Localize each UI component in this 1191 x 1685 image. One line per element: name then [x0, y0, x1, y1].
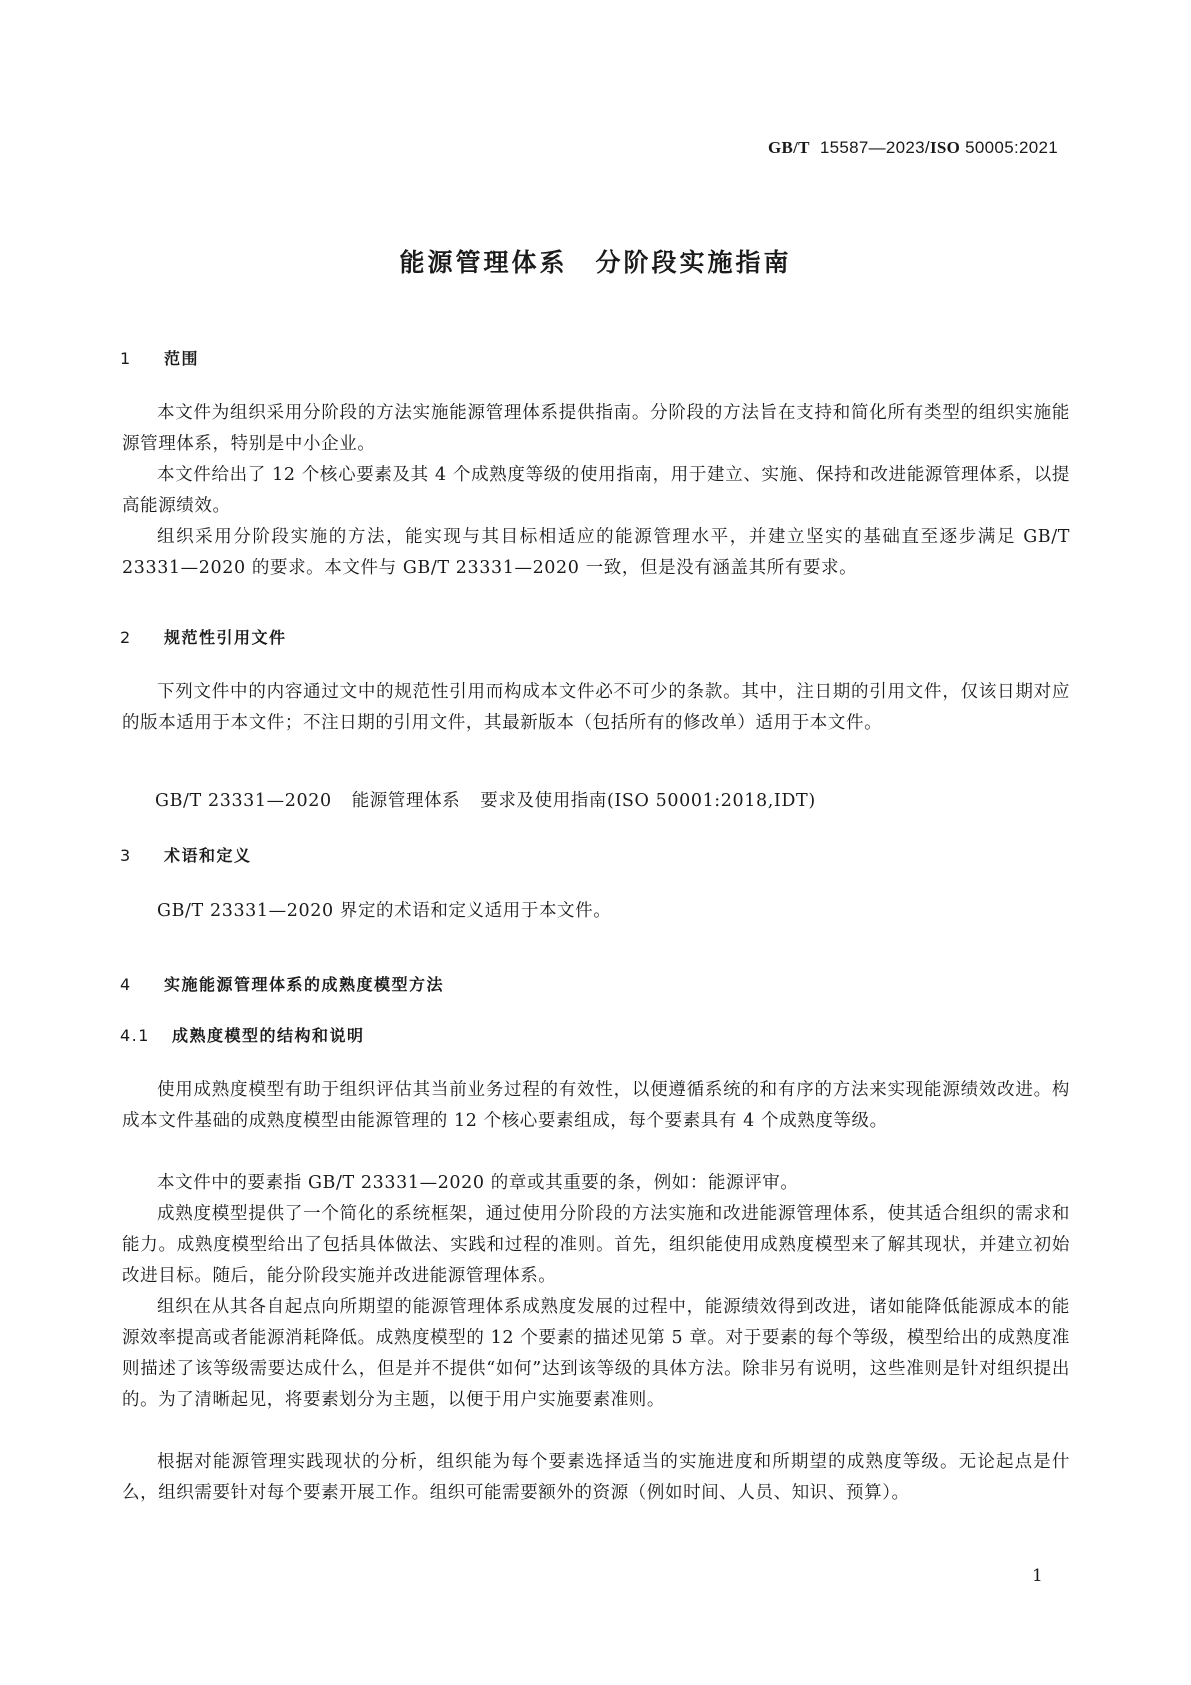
subsection-4-1-paragraph-5: 根据对能源管理实践现状的分析，组织能为每个要素选择适当的实施进度和所期望的成熟度…: [122, 1447, 1070, 1509]
section-number: 4: [120, 975, 164, 994]
document-title: 能源管理体系分阶段实施指南: [0, 243, 1191, 279]
subsection-4-1-paragraph-4: 组织在从其各自起点向所期望的能源管理体系成熟度发展的过程中，能源绩效得到改进，诸…: [122, 1292, 1070, 1416]
title-part-2: 分阶段实施指南: [596, 248, 792, 277]
section-title: 规范性引用文件: [164, 628, 287, 647]
reference-subtitle: 要求及使用指南(ISO 50001:2018,IDT): [480, 791, 815, 811]
reference-title: 能源管理体系: [352, 791, 461, 811]
section-number: 2: [120, 628, 164, 647]
section-1-paragraph-2: 本文件给出了 12 个核心要素及其 4 个成熟度等级的使用指南，用于建立、实施、…: [122, 460, 1070, 522]
iso-prefix: ISO: [930, 138, 960, 157]
normative-reference: GB/T 23331—2020能源管理体系要求及使用指南(ISO 50001:2…: [155, 787, 816, 812]
section-3-heading: 3术语和定义: [120, 843, 252, 866]
subsection-4-1-paragraph-3: 成熟度模型提供了一个简化的系统框架，通过使用分阶段的方法实施和改进能源管理体系，…: [122, 1199, 1070, 1292]
section-title: 范围: [164, 349, 199, 368]
subsection-4-1-paragraph-2: 本文件中的要素指 GB/T 23331—2020 的章或其重要的条，例如：能源评…: [122, 1168, 1070, 1199]
section-1-paragraph-3: 组织采用分阶段实施的方法，能实现与其目标相适应的能源管理水平，并建立坚实的基础直…: [122, 522, 1070, 584]
section-2-paragraph-1: 下列文件中的内容通过文中的规范性引用而构成本文件必不可少的条款。其中，注日期的引…: [122, 677, 1070, 739]
subsection-number: 4.1: [120, 1026, 172, 1045]
subsection-4-1-heading: 4.1成熟度模型的结构和说明: [120, 1023, 365, 1046]
std-prefix: GB/T: [768, 138, 810, 157]
section-1-paragraph-1: 本文件为组织采用分阶段的方法实施能源管理体系提供指南。分阶段的方法旨在支持和简化…: [122, 398, 1070, 460]
section-number: 3: [120, 846, 164, 865]
section-2-heading: 2规范性引用文件: [120, 625, 287, 648]
reference-code: GB/T 23331—2020: [155, 791, 332, 811]
section-1-heading: 1范围: [120, 346, 199, 369]
standard-code: GB/T 15587—2023/ISO 50005:2021: [768, 138, 1058, 158]
std-number: 15587—2023/: [820, 138, 930, 157]
section-number: 1: [120, 349, 164, 368]
subsection-title: 成熟度模型的结构和说明: [172, 1026, 365, 1045]
subsection-4-1-paragraph-1: 使用成熟度模型有助于组织评估其当前业务过程的有效性，以便遵循系统的和有序的方法来…: [122, 1075, 1070, 1137]
section-4-heading: 4实施能源管理体系的成熟度模型方法: [120, 972, 444, 995]
section-title: 实施能源管理体系的成熟度模型方法: [164, 975, 444, 994]
page-number: 1: [1032, 1566, 1043, 1586]
section-title: 术语和定义: [164, 846, 252, 865]
title-part-1: 能源管理体系: [399, 248, 567, 277]
section-3-paragraph-1: GB/T 23331—2020 界定的术语和定义适用于本文件。: [122, 896, 1070, 927]
iso-number: 50005:2021: [965, 138, 1058, 157]
